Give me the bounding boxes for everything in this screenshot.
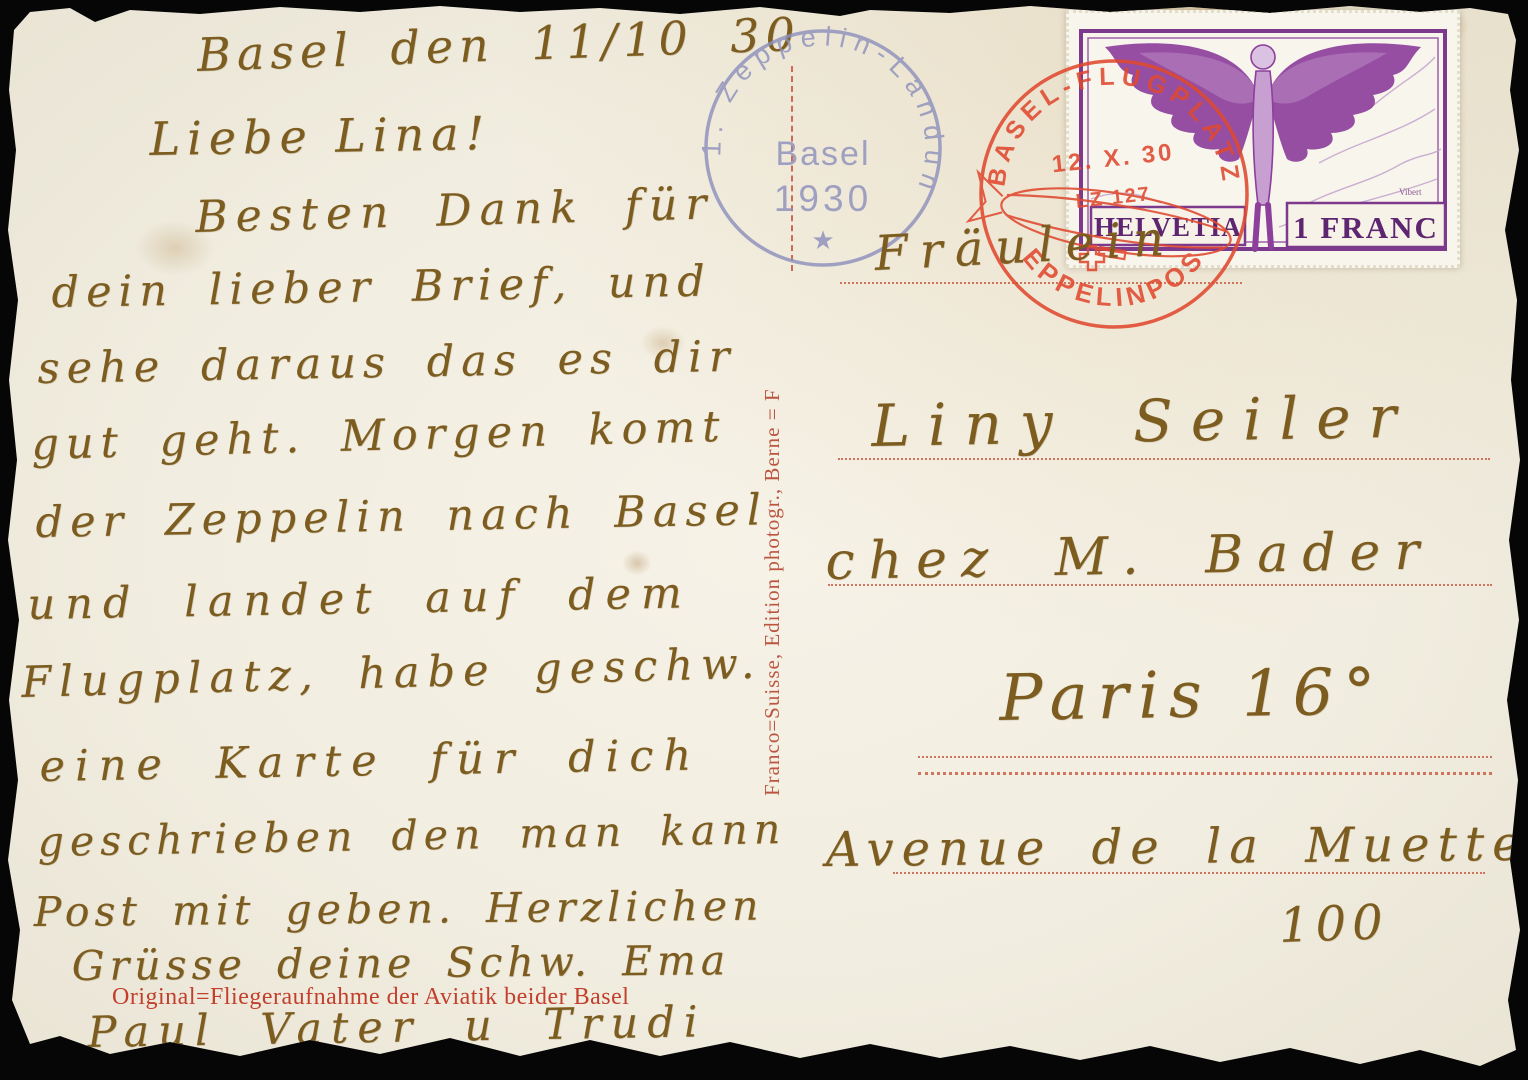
- message-line: Post mit geben. Herzlichen: [34, 882, 764, 936]
- postmark-year: 1930: [774, 178, 872, 219]
- address-line: Paris 16°: [999, 655, 1386, 736]
- postcard-scan: Franco=Suisse, Edition photogr., Berne =…: [0, 0, 1528, 1080]
- message-line: Grüsse deine Schw. Ema: [72, 936, 731, 990]
- message-line: geschrieben den man kann: [37, 805, 786, 866]
- stamp-value-label: 1 FRANC: [1293, 210, 1439, 245]
- message-line: gut geht. Morgen komt: [31, 402, 727, 470]
- address-rule: [918, 772, 1492, 775]
- message-line: der Zeppelin nach Basel: [35, 485, 768, 548]
- message-line: sehe daraus das es dir: [37, 332, 737, 394]
- address-rule: [918, 756, 1492, 758]
- address-line: 100: [1278, 894, 1390, 954]
- postcard: Franco=Suisse, Edition photogr., Berne =…: [0, 0, 1528, 1080]
- message-line: dein lieber Brief, und: [51, 256, 712, 318]
- address-line: Avenue de la Muette: [826, 816, 1528, 878]
- red-cancel: BASEL-FLUGPLATZ ZEPPELINPOST 12. X. 30 L…: [964, 44, 1264, 344]
- cancel-date: 12. X. 30: [1051, 139, 1176, 179]
- message-line: Liebe Lina!: [149, 106, 491, 166]
- message-line: Besten Dank für: [195, 178, 715, 243]
- star-icon: ★: [811, 225, 834, 255]
- message-line: Flugplatz, habe geschw.: [21, 639, 763, 708]
- address-line: Liny Seiler: [871, 383, 1415, 460]
- address-line: chez M. Bader: [825, 521, 1434, 592]
- publisher-imprint-bottom: Original=Fliegeraufnahme der Aviatik bei…: [112, 984, 629, 1011]
- svg-text:1. Zeppelin-Landung: 1. Zeppelin-Landung: [698, 23, 948, 202]
- message-line: eine Karte für dich: [39, 730, 701, 792]
- message-line: und landet auf dem: [27, 568, 692, 630]
- postmark-arc-text: 1. Zeppelin-Landung: [698, 23, 948, 202]
- engraver-signature: Vibert: [1399, 187, 1422, 197]
- postmark-city: Basel: [775, 135, 870, 173]
